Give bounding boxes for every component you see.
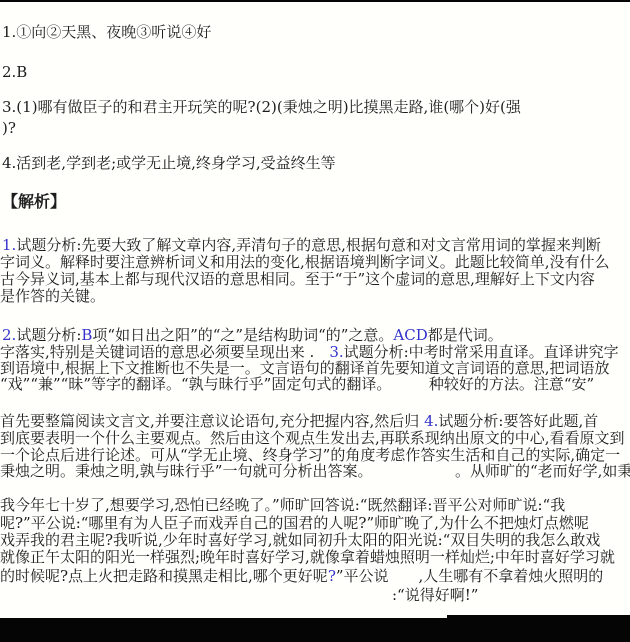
translation-text-line: :“说得好啊!” xyxy=(392,587,478,603)
analysis-text-line: “戏”“兼”“昧”等字的翻译。“孰与昧行乎”固定句式的翻译。 种较好的方法。注意… xyxy=(0,376,594,392)
text-segment: 4.活到老,学到老;或学无止境,终身学习,受益终生等 xyxy=(2,154,336,172)
analysis-text-line: 2.试题分析:B项“如日出之阳”的“之”是结构助词“的”之意。ACD都是代词。 xyxy=(2,327,503,343)
text-segment: ”平公说 ,人生哪有不拿着烛火照明的 xyxy=(336,567,603,585)
accent-text: ACD xyxy=(393,326,427,344)
analysis-text-line: 到语境中,根据上下文推断也不失是一。文言语句的翻译首先要知道文言词语的意思,把词… xyxy=(0,360,610,376)
top-crop-bar xyxy=(0,0,630,2)
answers-text-line: 2.B xyxy=(2,64,27,80)
text-segment: 首先要整篇阅读文言文,并要注意议论语句,充分把握内容,然后归 xyxy=(0,412,424,430)
text-segment: 我今年七十岁了,想要学习,恐怕已经晚了。”师旷回答说:“既然翻译:晋平公对师旷说… xyxy=(0,496,565,514)
analysis-text-line: 字词义。解释时要注意辨析词义和用法的变化,根据语境判断字词义。此题比较简单,没有… xyxy=(0,254,610,270)
bottom-crop-bar xyxy=(0,618,630,642)
analysis-text-line: 秉烛之明。秉烛之明,孰与昧行乎”一句就可分析出答案。 。从师旷的“老而好学,如秉 xyxy=(0,463,630,479)
accent-text: B xyxy=(81,326,92,344)
accent-text: 1. xyxy=(2,236,16,254)
answers-text-line: 1.①向②天黑、夜晚③听说④好 xyxy=(2,24,211,40)
text-segment: 是作答的关键。 xyxy=(0,287,105,305)
answers-text-line: )? xyxy=(2,120,16,136)
analysis-text-line: 到底要表明一个什么主要观点。然后由这个观点生发出去,再联系现纳出原文的中心,看看… xyxy=(0,430,625,446)
text-segment: 古今异义词,基本上都与现代汉语的意思相同。至于“于”这个虚词的意思,理解好上下文… xyxy=(0,270,595,288)
text-segment: :“说得好啊!” xyxy=(392,586,478,604)
text-segment: 秉烛之明。秉烛之明,孰与昧行乎”一句就可分析出答案。 。从师旷的“老而好学,如秉 xyxy=(0,462,630,480)
accent-text: ? xyxy=(328,567,336,585)
analysis-text-line: 是作答的关键。 xyxy=(0,288,105,304)
text-segment: 试题分析:要答好此题,首 xyxy=(438,412,598,430)
text-segment: 1.①向②天黑、夜晚③听说④好 xyxy=(2,23,211,41)
text-segment: 的时候呢?点上火把走路和摸黑走相比,哪个更好呢 xyxy=(0,567,328,585)
analysis-text-line: 一个论点后进行论述。可从“学无止境、终身学习”的角度考虑作答实生活和自己的实际,… xyxy=(0,447,620,463)
text-segment: 试题分析: xyxy=(16,326,81,344)
text-segment: 2.B xyxy=(2,63,27,81)
text-segment: 字词义。解释时要注意辨析词义和用法的变化,根据语境判断字词义。此题比较简单,没有… xyxy=(0,253,610,271)
text-segment: 就像正午太阳的阳光一样强烈;晚年时喜好学习,就像拿着蜡烛照明一样灿烂;中年时喜好… xyxy=(0,548,615,566)
answers-text-line: 3.(1)哪有做臣子的和君主开玩笑的呢?(2)(秉烛之明)比摸黑走路,谁(哪个)… xyxy=(2,99,521,115)
answers-text-line: 4.活到老,学到老;或学无止境,终身学习,受益终生等 xyxy=(2,155,336,171)
analysis-text-line: 1.试题分析:先要大致了解文章内容,弄清句子的意思,根据句意和对文言常用词的掌握… xyxy=(2,237,601,253)
analysis-text-line: 字落实,特别是关键词语的意思必须要呈现出来 . 3.试题分析:中考时常采用直译。… xyxy=(0,344,619,360)
text-segment: “戏”“兼”“昧”等字的翻译。“孰与昧行乎”固定句式的翻译。 种较好的方法。注意… xyxy=(0,375,594,393)
scanned-answer-document: 1.①向②天黑、夜晚③听说④好2.B3.(1)哪有做臣子的和君主开玩笑的呢?(2… xyxy=(0,0,630,642)
text-segment: 戏弄我的君主呢?我听说,少年时喜好学习,就如同初升太阳的阳光说:“双目失明的我怎… xyxy=(0,531,600,549)
text-segment: 试题分析:先要大致了解文章内容,弄清句子的意思,根据句意和对文言常用词的掌握来判… xyxy=(16,236,601,254)
analysis-text-line: 古今异义词,基本上都与现代汉语的意思相同。至于“于”这个虚词的意思,理解好上下文… xyxy=(0,271,595,287)
translation-text-line: 呢?”平公说:“哪里有为人臣子而戏弄自己的国君的人呢?”师旷晚了,为什么不把烛灯… xyxy=(0,515,589,531)
text-segment: )? xyxy=(2,119,16,137)
text-segment: 到底要表明一个什么主要观点。然后由这个观点生发出去,再联系现纳出原文的中心,看看… xyxy=(0,429,625,447)
text-segment: 3.(1)哪有做臣子的和君主开玩笑的呢?(2)(秉烛之明)比摸黑走路,谁(哪个)… xyxy=(2,98,521,116)
text-segment: 都是代词。 xyxy=(428,326,503,344)
text-segment: 【解析】 xyxy=(2,192,66,211)
translation-text-line: 戏弄我的君主呢?我听说,少年时喜好学习,就如同初升太阳的阳光说:“双目失明的我怎… xyxy=(0,532,600,548)
translation-text-line: 我今年七十岁了,想要学习,恐怕已经晚了。”师旷回答说:“既然翻译:晋平公对师旷说… xyxy=(0,497,565,513)
translation-text-line: 的时候呢?点上火把走路和摸黑走相比,哪个更好呢?”平公说 ,人生哪有不拿着烛火照… xyxy=(0,568,603,584)
text-segment: 呢?”平公说:“哪里有为人臣子而戏弄自己的国君的人呢?”师旷晚了,为什么不把烛灯… xyxy=(0,514,589,532)
answers-text-line: 【解析】 xyxy=(2,194,66,210)
translation-text-line: 就像正午太阳的阳光一样强烈;晚年时喜好学习,就像拿着蜡烛照明一样灿烂;中年时喜好… xyxy=(0,549,615,565)
analysis-text-line: 首先要整篇阅读文言文,并要注意议论语句,充分把握内容,然后归 4.试题分析:要答… xyxy=(0,413,598,429)
accent-text: 2. xyxy=(2,326,16,344)
accent-text: 4. xyxy=(424,412,438,430)
text-segment: 项“如日出之阳”的“之”是结构助词“的”之意。 xyxy=(92,326,393,344)
